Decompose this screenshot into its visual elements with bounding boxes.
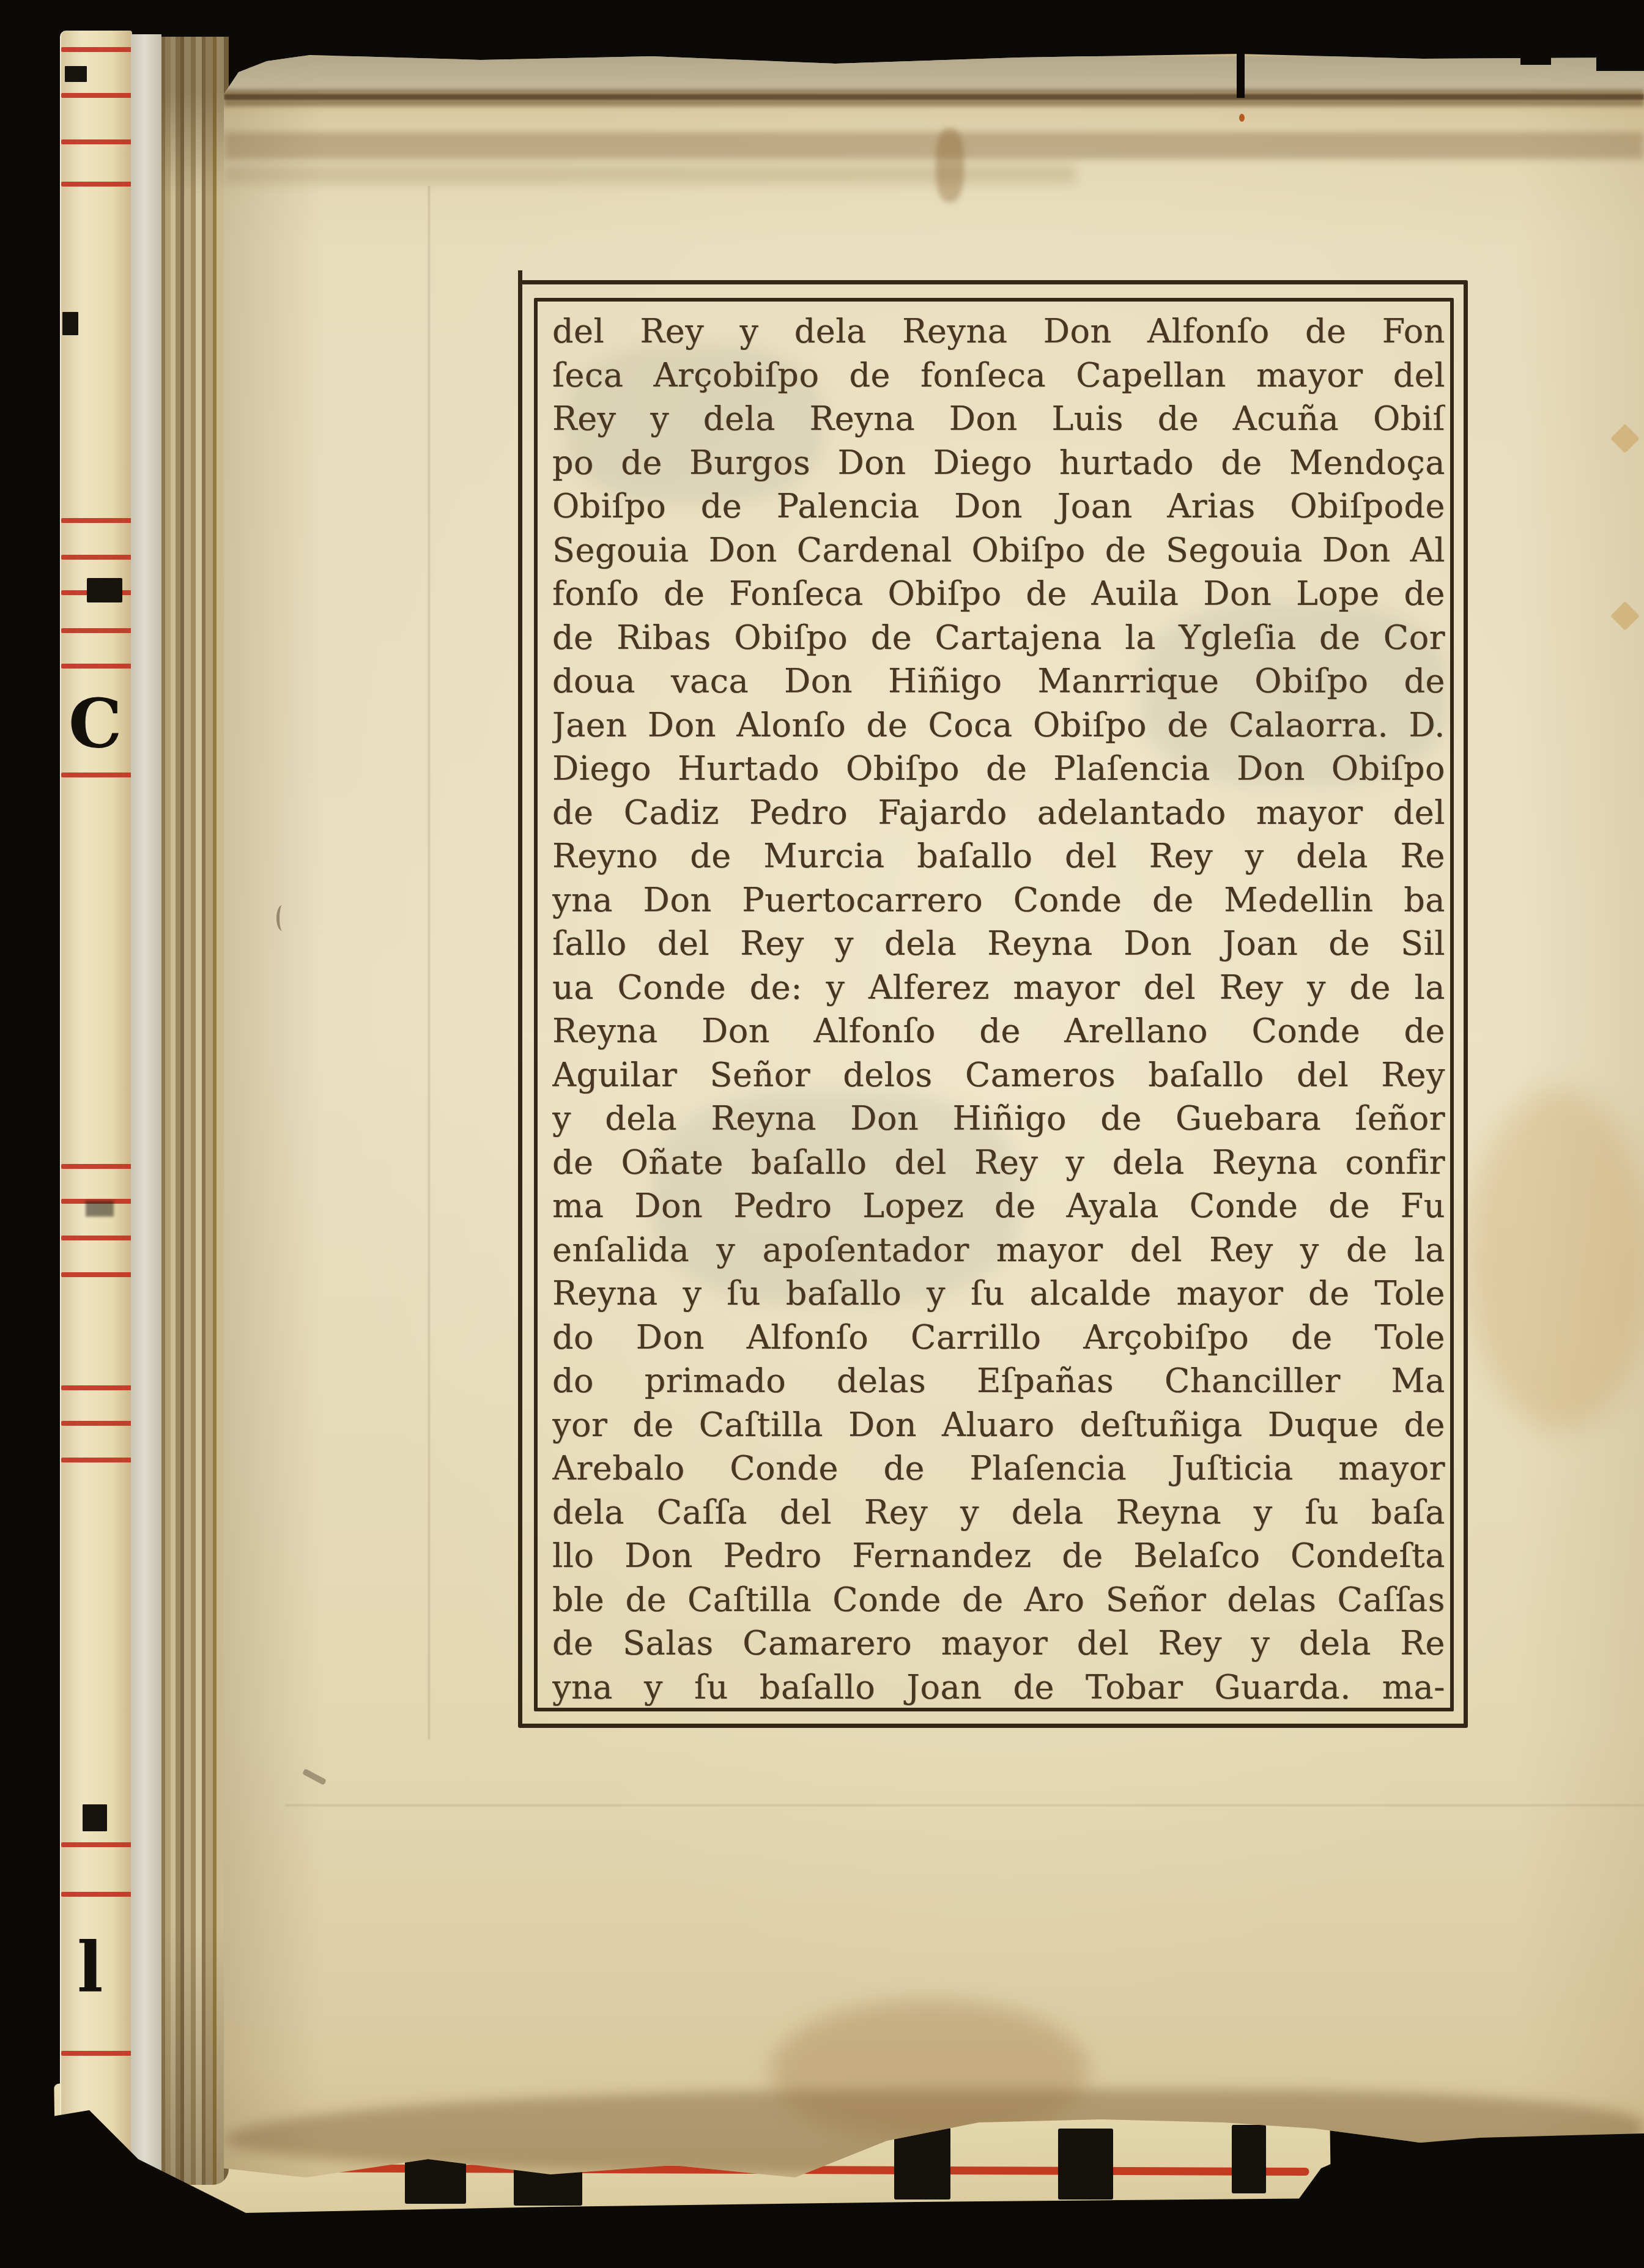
- red-rule-line: [61, 773, 132, 777]
- red-rule-line: [61, 1164, 132, 1169]
- manuscript-line: ma Don Pedro Lopez de Ayala Conde de Fu: [552, 1184, 1445, 1228]
- ink-fragment: [83, 1804, 107, 1831]
- ink-fragment: [87, 578, 122, 602]
- manuscript-line: doua vaca Don Hiñigo Manrrique Obiſpo de: [552, 659, 1445, 703]
- red-rule-line: [61, 664, 132, 669]
- red-rule-line: [61, 182, 132, 187]
- manuscript-line: ua Conde de: y Alferez mayor del Rey y d…: [552, 966, 1445, 1010]
- top-black-notch: [1596, 49, 1644, 71]
- ink-fragment: [65, 66, 87, 82]
- manuscript-line: po de Burgos Don Diego hurtado de Mendoç…: [552, 441, 1445, 485]
- red-rule-line: [61, 1236, 132, 1240]
- manuscript-line: fonſo de Fonſeca Obiſpo de Auila Don Lop…: [552, 572, 1445, 616]
- manuscript-photo: Cl del Rey y dela Reyna Don Alfonſo de F…: [0, 0, 1644, 2268]
- manuscript-line: yor de Caſtilla Don Aluaro deſtuñiga Duq…: [552, 1403, 1445, 1447]
- manuscript-line: ſeca Arçobiſpo de fonſeca Capellan mayor…: [552, 354, 1445, 398]
- manuscript-line: Reyno de Murcia baſallo del Rey y dela R…: [552, 834, 1445, 878]
- manuscript-line: y dela Reyna Don Hiñigo de Guebara ſeñor: [552, 1097, 1445, 1141]
- manuscript-line: Reyna Don Alfonſo de Arellano Conde de: [552, 1009, 1445, 1053]
- red-rule-line: [61, 628, 132, 633]
- letter-fragment-icon: l: [77, 1934, 108, 2003]
- left-strip: Cl: [60, 31, 132, 2211]
- manuscript-line: Rey y dela Reyna Don Luis de Acuña Obiſ: [552, 397, 1445, 441]
- manuscript-line: ble de Caſtilla Conde de Aro Señor delas…: [552, 1578, 1445, 1622]
- margin-mark: [276, 905, 288, 931]
- stain: [1468, 1089, 1644, 1431]
- margin-mark: [302, 1768, 327, 1785]
- manuscript-line: Arebalo Conde de Plaſencia Juſticia mayo…: [552, 1447, 1445, 1491]
- manuscript-line: de Oñate baſallo del Rey y dela Reyna co…: [552, 1141, 1445, 1185]
- top-stain-band: [224, 132, 1644, 159]
- red-rule-line: [61, 139, 132, 144]
- manuscript-line: do primado delas Eſpañas Chanciller Ma: [552, 1359, 1445, 1403]
- manuscript-line: Aguilar Señor delos Cameros baſallo del …: [552, 1053, 1445, 1097]
- red-rule-line: [61, 47, 132, 52]
- red-rule-line: [61, 1385, 132, 1390]
- manuscript-line: Jaen Don Alonſo de Coca Obiſpo de Calaor…: [552, 703, 1445, 747]
- manuscript-line: Obiſpo de Palencia Don Joan Arias Obiſpo…: [552, 484, 1445, 528]
- ink-fragment: [62, 312, 78, 335]
- manuscript-line: dela Caſſa del Rey y dela Reyna y ſu baſ…: [552, 1491, 1445, 1535]
- ink-fragment: [86, 1201, 114, 1217]
- red-rule-line: [61, 1892, 132, 1897]
- top-edge-band: [224, 56, 1644, 92]
- manuscript-line: Reyna y ſu baſallo y ſu alcalde mayor de…: [552, 1272, 1445, 1316]
- horizontal-crease: [285, 1804, 1644, 1806]
- manuscript-line: del Rey y dela Reyna Don Alfonſo de Fon: [552, 309, 1445, 354]
- red-fleck: [1239, 114, 1245, 122]
- manuscript-line: yna Don Puertocarrero Conde de Medellin …: [552, 878, 1445, 922]
- registration-tab: [1232, 2125, 1266, 2193]
- stain: [936, 128, 964, 202]
- manuscript-line: ſallo del Rey y dela Reyna Don Joan de S…: [552, 922, 1445, 966]
- manuscript-text-block: del Rey y dela Reyna Don Alfonſo de Fon …: [552, 309, 1445, 1709]
- red-rule-line: [61, 2051, 132, 2056]
- manuscript-line: Segouia Don Cardenal Obiſpo de Segouia D…: [552, 528, 1445, 573]
- fold-mark: [1610, 424, 1640, 453]
- manuscript-line: do Don Alfonſo Carrillo Arçobiſpo de Tol…: [552, 1316, 1445, 1360]
- red-rule-line: [61, 1421, 132, 1426]
- manuscript-line: llo Don Pedro Fernandez de Belaſco Conde…: [552, 1534, 1445, 1578]
- top-black-notch: [1520, 51, 1551, 65]
- red-rule-line: [61, 1458, 132, 1462]
- red-rule-line: [61, 1272, 132, 1277]
- red-rule-line: [61, 518, 132, 523]
- underlying-leaf-edge: [131, 34, 161, 2207]
- stain: [771, 2000, 1089, 2141]
- manuscript-line: de Ribas Obiſpo de Cartajena la Ygleſia …: [552, 616, 1445, 660]
- manuscript-line: de Cadiz Pedro Fajardo adelantado mayor …: [552, 791, 1445, 835]
- red-rule-line: [61, 93, 132, 98]
- manuscript-line: enſalida y apoſentador mayor del Rey y d…: [552, 1228, 1445, 1272]
- top-stain-line: [224, 94, 1644, 100]
- red-rule-line: [61, 555, 132, 560]
- manuscript-line: Diego Hurtado Obiſpo de Plaſencia Don Ob…: [552, 747, 1445, 791]
- stacked-page-edges: [161, 37, 229, 2185]
- fold-mark: [1610, 601, 1640, 631]
- letter-fragment-icon: C: [68, 690, 121, 757]
- vertical-crease: [428, 186, 430, 1740]
- manuscript-line: yna y ſu baſallo Joan de Tobar Guarda. m…: [552, 1666, 1445, 1710]
- registration-tab: [894, 2127, 950, 2199]
- red-rule-line: [61, 1842, 132, 1847]
- leaf-gap-slit: [1237, 51, 1245, 98]
- border-corner-overshoot: [518, 270, 522, 281]
- manuscript-line: de Salas Camarero mayor del Rey y dela R…: [552, 1621, 1445, 1666]
- registration-tab: [1058, 2129, 1113, 2199]
